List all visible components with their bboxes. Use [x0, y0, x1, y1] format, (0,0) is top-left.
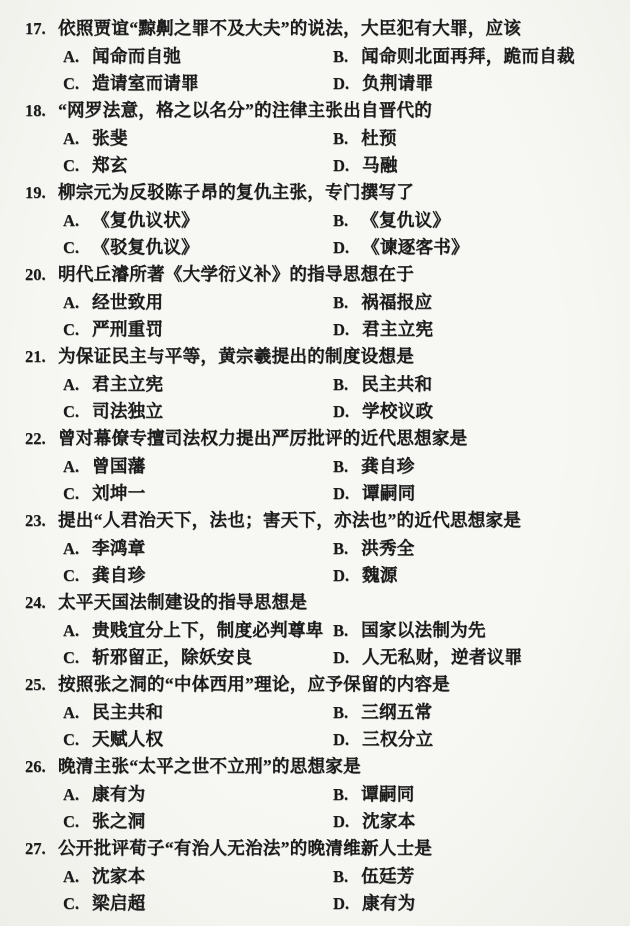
option: A. 闻命而自弛 — [63, 43, 333, 70]
option-text: 贵贱宜分上下，制度必判尊卑 — [92, 617, 323, 644]
question-line: 19. 柳宗元为反驳陈子昂的复仇主张，专门撰写了 — [25, 179, 624, 206]
option-text: 杜预 — [361, 125, 397, 152]
option-letter: C. — [63, 726, 79, 753]
option-text: 康有为 — [362, 890, 415, 917]
option-text: 民主共和 — [92, 699, 163, 726]
option-text: 《复仇议》 — [361, 207, 450, 234]
option-letter: A. — [63, 617, 79, 644]
option: C. 《驳复仇议》 — [63, 234, 333, 261]
question-block: 25. 按照张之洞的“中体西用”理论，应予保留的内容是 A. 民主共和 B. 三… — [25, 671, 624, 753]
option: B. 三纲五常 — [333, 699, 624, 726]
option-text: 严刑重罚 — [92, 316, 163, 343]
option-text: 张斐 — [92, 125, 128, 152]
question-block: 22. 曾对幕僚专擅司法权力提出严厉批评的近代思想家是 A. 曾国藩 B. 龚自… — [25, 425, 624, 507]
option-letter: B. — [333, 535, 348, 562]
option: A. 《复仇议状》 — [63, 207, 333, 234]
question-text: 晚清主张“太平之世不立刑”的思想家是 — [58, 753, 361, 780]
question-number: 17. — [25, 15, 58, 42]
option-text: 经世致用 — [92, 289, 163, 316]
question-line: 17. 依照贾谊“黥劓之罪不及大夫”的说法，大臣犯有大罪，应该 — [25, 15, 624, 42]
question-text: 按照张之洞的“中体西用”理论，应予保留的内容是 — [58, 671, 450, 698]
option-letter: B. — [333, 289, 348, 316]
option-letter: B. — [333, 699, 348, 726]
option-text: 马融 — [362, 152, 398, 179]
option: D. 马融 — [333, 152, 624, 179]
question-number: 22. — [25, 425, 58, 452]
option-text: 学校议政 — [362, 398, 433, 425]
question-line: 24. 太平天国法制建设的指导思想是 — [25, 589, 624, 616]
option: D. 康有为 — [333, 890, 624, 917]
option: C. 司法独立 — [63, 398, 333, 425]
option-letter: A. — [63, 535, 79, 562]
option: D. 人无私财，逆者议罪 — [333, 644, 624, 671]
option: B. 伍廷芳 — [333, 863, 624, 890]
option-letter: B. — [333, 453, 348, 480]
option-letter: D. — [333, 234, 349, 261]
option-letter: C. — [63, 562, 79, 589]
option-text: 君主立宪 — [92, 371, 163, 398]
option-letter: B. — [333, 207, 348, 234]
option-letter: D. — [333, 398, 349, 425]
question-text: 公开批评荀子“有治人无治法”的晚清维新人士是 — [58, 835, 432, 862]
question-block: 27. 公开批评荀子“有治人无治法”的晚清维新人士是 A. 沈家本 B. 伍廷芳… — [25, 835, 624, 917]
option: D. 谭嗣同 — [333, 480, 624, 507]
question-block: 24. 太平天国法制建设的指导思想是 A. 贵贱宜分上下，制度必判尊卑 B. 国… — [25, 589, 624, 671]
option-letter: B. — [333, 781, 348, 808]
question-text: 提出“人君治天下，法也；害天下，亦法也”的近代思想家是 — [58, 507, 521, 534]
option-text: 祸福报应 — [361, 289, 432, 316]
option: B. 洪秀全 — [333, 535, 624, 562]
option-letter: C. — [63, 152, 79, 179]
question-text: 太平天国法制建设的指导思想是 — [58, 589, 307, 616]
option-text: 谭嗣同 — [361, 781, 414, 808]
option: B. 龚自珍 — [333, 453, 624, 480]
option-letter: C. — [63, 644, 79, 671]
option-text: 三权分立 — [362, 726, 433, 753]
option: A. 君主立宪 — [63, 371, 333, 398]
options-grid: A. 闻命而自弛 B. 闻命则北面再拜，跪而自裁 C. 造请室而请罪 D. 负荆… — [63, 43, 624, 97]
option: C. 张之洞 — [63, 808, 333, 835]
option-text: 康有为 — [92, 781, 145, 808]
option: B. 国家以法制为先 — [333, 617, 624, 644]
option: D. 负荆请罪 — [333, 70, 624, 97]
option-letter: A. — [63, 781, 79, 808]
option-letter: D. — [333, 808, 349, 835]
option: C. 郑玄 — [63, 152, 333, 179]
option-letter: B. — [333, 125, 348, 152]
question-text: 柳宗元为反驳陈子昂的复仇主张，专门撰写了 — [58, 179, 414, 206]
option: A. 贵贱宜分上下，制度必判尊卑 — [63, 617, 333, 644]
option-text: 梁启超 — [92, 890, 145, 917]
option: A. 经世致用 — [63, 289, 333, 316]
option: C. 严刑重罚 — [63, 316, 333, 343]
question-text: 为保证民主与平等，黄宗羲提出的制度设想是 — [58, 343, 414, 370]
option-text: 洪秀全 — [361, 535, 414, 562]
option-text: 魏源 — [362, 562, 398, 589]
option: C. 造请室而请罪 — [63, 70, 333, 97]
question-line: 22. 曾对幕僚专擅司法权力提出严厉批评的近代思想家是 — [25, 425, 624, 452]
option-letter: C. — [63, 808, 79, 835]
option-letter: C. — [63, 890, 79, 917]
options-grid: A. 《复仇议状》 B. 《复仇议》 C. 《驳复仇议》 D. 《谏逐客书》 — [63, 207, 624, 261]
question-text: 曾对幕僚专擅司法权力提出严厉批评的近代思想家是 — [58, 425, 467, 452]
question-number: 25. — [25, 671, 58, 698]
option-text: 《谏逐客书》 — [362, 234, 469, 261]
option-letter: C. — [63, 234, 79, 261]
question-number: 23. — [25, 507, 58, 534]
option-letter: B. — [333, 43, 348, 70]
option-text: 天赋人权 — [92, 726, 163, 753]
option: B. 杜预 — [333, 125, 624, 152]
option-text: 伍廷芳 — [361, 863, 414, 890]
option-text: 《复仇议状》 — [92, 207, 199, 234]
option-letter: A. — [63, 371, 79, 398]
options-grid: A. 君主立宪 B. 民主共和 C. 司法独立 D. 学校议政 — [63, 371, 624, 425]
question-number: 21. — [25, 343, 58, 370]
question-block: 23. 提出“人君治天下，法也；害天下，亦法也”的近代思想家是 A. 李鸿章 B… — [25, 507, 624, 589]
option-letter: B. — [333, 863, 348, 890]
option-letter: A. — [63, 863, 79, 890]
option: A. 民主共和 — [63, 699, 333, 726]
option-letter: C. — [63, 316, 79, 343]
question-line: 18. “网罗法意，格之以名分”的注律主张出自晋代的 — [25, 97, 624, 124]
option-text: 《驳复仇议》 — [92, 234, 199, 261]
option: B. 闻命则北面再拜，跪而自裁 — [333, 43, 624, 70]
option-text: 谭嗣同 — [362, 480, 415, 507]
question-text: 明代丘濬所著《大学衍义补》的指导思想在于 — [58, 261, 414, 288]
option: D. 君主立宪 — [333, 316, 624, 343]
question-text: “网罗法意，格之以名分”的注律主张出自晋代的 — [58, 97, 432, 124]
option-text: 闻命而自弛 — [92, 43, 181, 70]
option-letter: D. — [333, 152, 349, 179]
option: D. 《谏逐客书》 — [333, 234, 624, 261]
option-text: 民主共和 — [361, 371, 432, 398]
options-grid: A. 曾国藩 B. 龚自珍 C. 刘坤一 D. 谭嗣同 — [63, 453, 624, 507]
option: C. 梁启超 — [63, 890, 333, 917]
options-grid: A. 贵贱宜分上下，制度必判尊卑 B. 国家以法制为先 C. 斩邪留正，除妖安良… — [63, 617, 624, 671]
options-grid: A. 张斐 B. 杜预 C. 郑玄 D. 马融 — [63, 125, 624, 179]
option-letter: D. — [333, 562, 349, 589]
options-grid: A. 沈家本 B. 伍廷芳 C. 梁启超 D. 康有为 — [63, 863, 624, 917]
option-text: 张之洞 — [92, 808, 145, 835]
option: A. 沈家本 — [63, 863, 333, 890]
option: C. 龚自珍 — [63, 562, 333, 589]
question-block: 21. 为保证民主与平等，黄宗羲提出的制度设想是 A. 君主立宪 B. 民主共和… — [25, 343, 624, 425]
option-text: 国家以法制为先 — [361, 617, 486, 644]
option-letter: D. — [333, 644, 349, 671]
question-number: 20. — [25, 261, 58, 288]
option: B. 祸福报应 — [333, 289, 624, 316]
option: A. 李鸿章 — [63, 535, 333, 562]
question-block: 18. “网罗法意，格之以名分”的注律主张出自晋代的 A. 张斐 B. 杜预 C… — [25, 97, 624, 179]
option-letter: D. — [333, 726, 349, 753]
exam-paper: 17. 依照贾谊“黥劓之罪不及大夫”的说法，大臣犯有大罪，应该 A. 闻命而自弛… — [0, 0, 630, 926]
option: B. 民主共和 — [333, 371, 624, 398]
question-number: 27. — [25, 835, 58, 862]
option: A. 康有为 — [63, 781, 333, 808]
option-text: 闻命则北面再拜，跪而自裁 — [361, 43, 575, 70]
option-text: 君主立宪 — [362, 316, 433, 343]
option: C. 斩邪留正，除妖安良 — [63, 644, 333, 671]
option: B. 谭嗣同 — [333, 781, 624, 808]
option-letter: A. — [63, 453, 79, 480]
option-text: 龚自珍 — [92, 562, 145, 589]
option: D. 三权分立 — [333, 726, 624, 753]
option: A. 曾国藩 — [63, 453, 333, 480]
option-letter: A. — [63, 207, 79, 234]
option-letter: B. — [333, 617, 348, 644]
question-line: 21. 为保证民主与平等，黄宗羲提出的制度设想是 — [25, 343, 624, 370]
option-text: 负荆请罪 — [362, 70, 433, 97]
option-letter: A. — [63, 43, 79, 70]
option-text: 李鸿章 — [92, 535, 145, 562]
option-text: 曾国藩 — [92, 453, 145, 480]
question-number: 24. — [25, 589, 58, 616]
question-line: 27. 公开批评荀子“有治人无治法”的晚清维新人士是 — [25, 835, 624, 862]
option: D. 沈家本 — [333, 808, 624, 835]
options-grid: A. 民主共和 B. 三纲五常 C. 天赋人权 D. 三权分立 — [63, 699, 624, 753]
option-letter: A. — [63, 699, 79, 726]
option: C. 刘坤一 — [63, 480, 333, 507]
option-text: 沈家本 — [362, 808, 415, 835]
question-block: 20. 明代丘濬所著《大学衍义补》的指导思想在于 A. 经世致用 B. 祸福报应… — [25, 261, 624, 343]
question-block: 26. 晚清主张“太平之世不立刑”的思想家是 A. 康有为 B. 谭嗣同 C. … — [25, 753, 624, 835]
option-text: 斩邪留正，除妖安良 — [92, 644, 252, 671]
option: A. 张斐 — [63, 125, 333, 152]
option-letter: D. — [333, 70, 349, 97]
option: C. 天赋人权 — [63, 726, 333, 753]
option-letter: C. — [63, 480, 79, 507]
option: D. 学校议政 — [333, 398, 624, 425]
option-text: 郑玄 — [92, 152, 128, 179]
question-number: 26. — [25, 753, 58, 780]
options-grid: A. 康有为 B. 谭嗣同 C. 张之洞 D. 沈家本 — [63, 781, 624, 835]
option-text: 司法独立 — [92, 398, 163, 425]
option-letter: D. — [333, 316, 349, 343]
option-text: 三纲五常 — [361, 699, 432, 726]
option-text: 龚自珍 — [361, 453, 414, 480]
question-line: 20. 明代丘濬所著《大学衍义补》的指导思想在于 — [25, 261, 624, 288]
option: D. 魏源 — [333, 562, 624, 589]
question-line: 26. 晚清主张“太平之世不立刑”的思想家是 — [25, 753, 624, 780]
question-line: 25. 按照张之洞的“中体西用”理论，应予保留的内容是 — [25, 671, 624, 698]
option-letter: D. — [333, 480, 349, 507]
option-letter: A. — [63, 125, 79, 152]
option-letter: D. — [333, 890, 349, 917]
question-block: 17. 依照贾谊“黥劓之罪不及大夫”的说法，大臣犯有大罪，应该 A. 闻命而自弛… — [25, 15, 624, 97]
question-number: 19. — [25, 179, 58, 206]
question-text: 依照贾谊“黥劓之罪不及大夫”的说法，大臣犯有大罪，应该 — [58, 15, 521, 42]
option: B. 《复仇议》 — [333, 207, 624, 234]
options-grid: A. 李鸿章 B. 洪秀全 C. 龚自珍 D. 魏源 — [63, 535, 624, 589]
options-grid: A. 经世致用 B. 祸福报应 C. 严刑重罚 D. 君主立宪 — [63, 289, 624, 343]
option-letter: C. — [63, 398, 79, 425]
option-letter: B. — [333, 371, 348, 398]
option-text: 造请室而请罪 — [92, 70, 199, 97]
question-block: 19. 柳宗元为反驳陈子昂的复仇主张，专门撰写了 A. 《复仇议状》 B. 《复… — [25, 179, 624, 261]
option-text: 人无私财，逆者议罪 — [362, 644, 522, 671]
option-letter: A. — [63, 289, 79, 316]
question-number: 18. — [25, 97, 58, 124]
option-text: 沈家本 — [92, 863, 145, 890]
option-text: 刘坤一 — [92, 480, 145, 507]
option-letter: C. — [63, 70, 79, 97]
question-line: 23. 提出“人君治天下，法也；害天下，亦法也”的近代思想家是 — [25, 507, 624, 534]
